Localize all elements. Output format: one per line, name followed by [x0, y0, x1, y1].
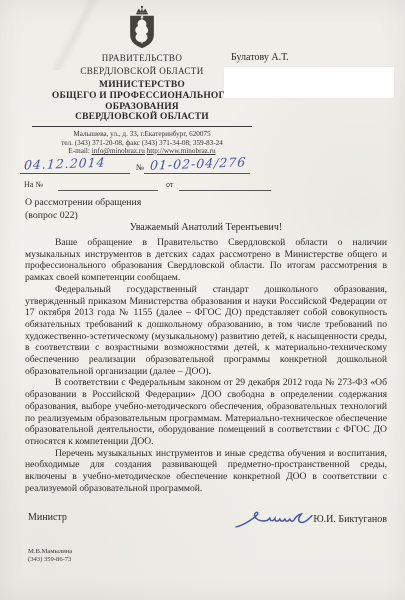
subject-line1: О рассмотрении обращения	[25, 197, 268, 210]
date-underline	[20, 173, 130, 174]
signer-title: Министр	[28, 512, 67, 523]
incoming-date-underline	[179, 190, 271, 191]
ministry-name-line4: СВЕРДЛОВСКОЙ ОБЛАСТИ	[16, 112, 268, 123]
subject-line2: (вопрос 022)	[25, 210, 268, 223]
signer-name: Ю.И. Биктуганов	[313, 514, 387, 525]
handwritten-number: 01-02-04/276	[150, 155, 247, 173]
paragraph-2: Федеральный государственный стандарт дош…	[25, 284, 387, 378]
letterhead-divider	[32, 126, 252, 127]
redacted-recipient-address	[224, 67, 394, 98]
ministry-name-line3: ОБРАЗОВАНИЯ	[16, 102, 268, 113]
letter-body: Уважаемый Анатолий Терентьевич! Ваше обр…	[25, 222, 387, 494]
letterhead: ПРАВИТЕЛЬСТВО СВЕРДЛОВСКОЙ ОБЛАСТИ МИНИС…	[16, 5, 268, 222]
salutation: Уважаемый Анатолий Терентьевич!	[25, 222, 387, 233]
executor-name: М.В.Мамылина	[28, 548, 72, 556]
number-sign: №	[136, 162, 144, 172]
paragraph-4: Перечень музыкальных инструментов и иные…	[25, 448, 387, 495]
handwritten-date: 04.12.2014	[23, 155, 106, 173]
website-text: http://www.minobraz.ru	[147, 147, 216, 155]
incoming-date-label: от	[166, 180, 173, 189]
reference-incoming-row: На № от	[16, 178, 268, 192]
paragraph-1: Ваше обращение в Правительство Свердловс…	[25, 237, 387, 284]
paragraph-3: В соответствии с Федеральным законом от …	[25, 377, 387, 447]
signature-icon	[233, 508, 325, 536]
signature-block: Министр Ю.И. Биктуганов	[25, 508, 387, 538]
scanned-letter-page: ПРАВИТЕЛЬСТВО СВЕРДЛОВСКОЙ ОБЛАСТИ МИНИС…	[0, 0, 405, 600]
incoming-number-underline	[58, 190, 158, 191]
number-underline	[144, 173, 250, 174]
reference-date-row: 04.12.2014 № 01-02-04/276	[16, 158, 268, 178]
coat-of-arms-icon	[121, 5, 163, 51]
letterhead-address: Малышева, ул., д. 33, г.Екатеринбург, 62…	[16, 130, 268, 138]
recipient-name: Булатову А.Т.	[231, 52, 289, 63]
incoming-number-label: На №	[24, 180, 43, 189]
email-label: E-mail:	[68, 147, 90, 155]
executor-block: М.В.Мамылина (343) 359-86-73	[28, 548, 72, 564]
executor-phone: (343) 359-86-73	[28, 556, 72, 564]
letterhead-phones: тел. (343) 371-20-08, факс (343) 371-34-…	[16, 139, 268, 147]
